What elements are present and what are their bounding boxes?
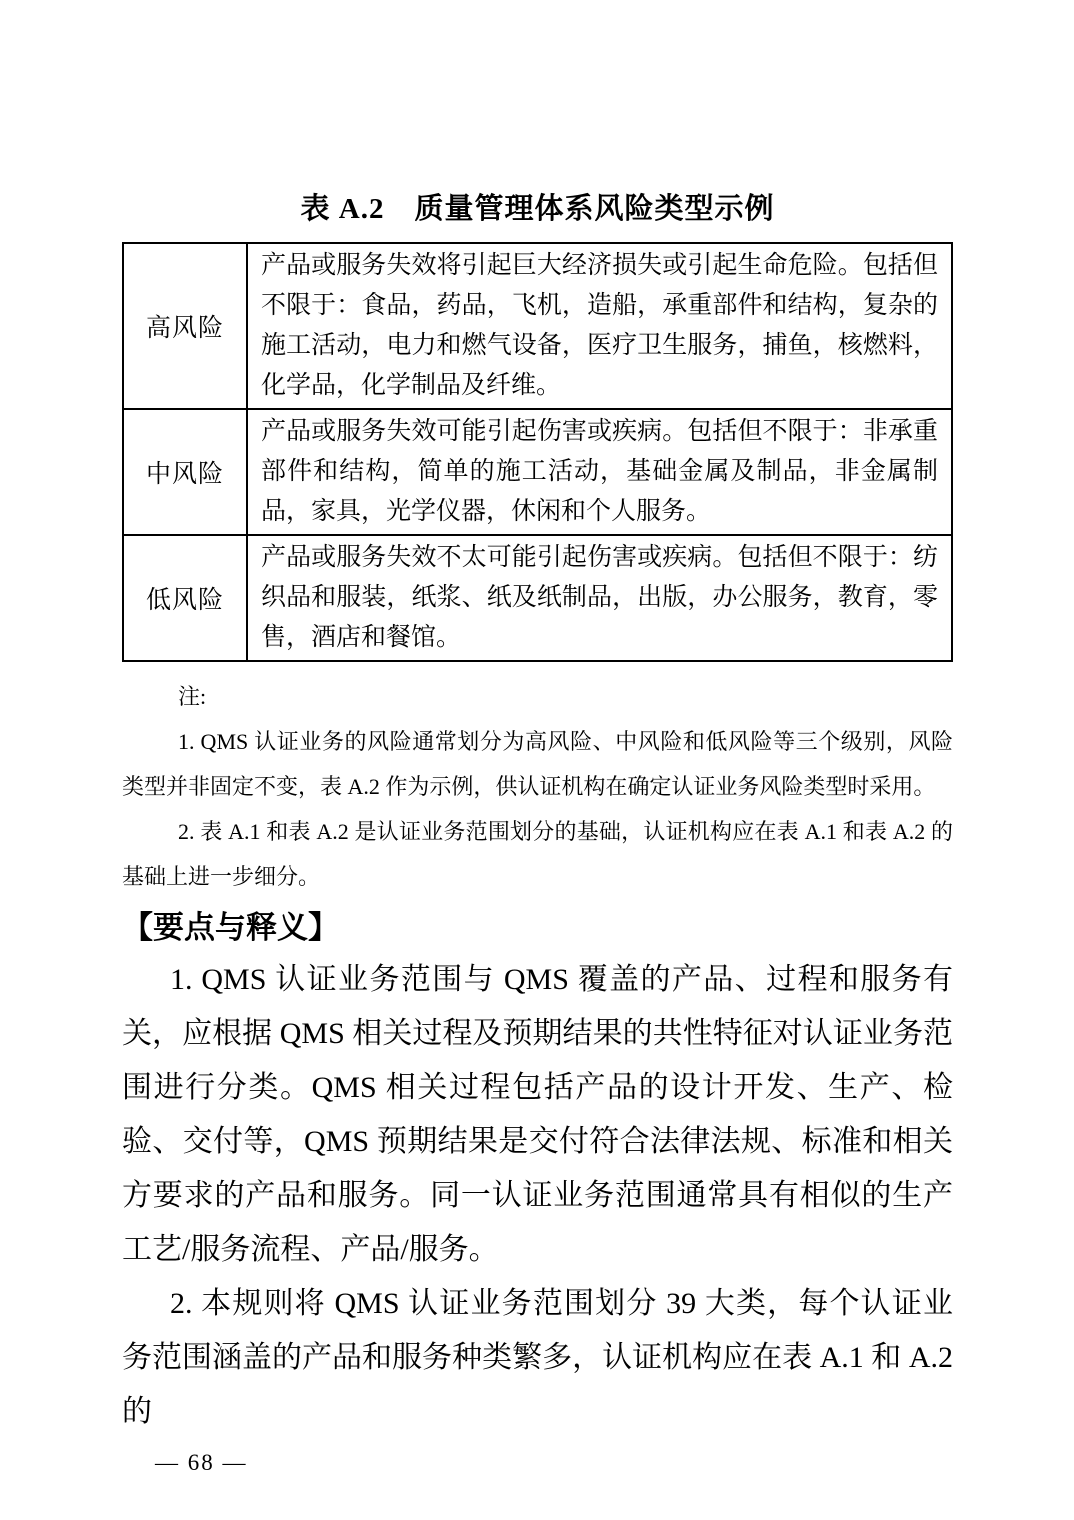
table-row-medium-risk: 中风险 产品或服务失效可能引起伤害或疾病。包括但不限于：非承重部件和结构，简单的…	[123, 409, 952, 535]
table-notes: 注: 1. QMS 认证业务的风险通常划分为高风险、中风险和低风险等三个级别，风…	[122, 674, 953, 899]
page-number: — 68 —	[122, 1447, 953, 1479]
table-row-high-risk: 高风险 产品或服务失效将引起巨大经济损失或引起生命危险。包括但不限于：食品，药品…	[123, 243, 952, 409]
body-paragraph: 1. QMS 认证业务范围与 QMS 覆盖的产品、过程和服务有关，应根据 QMS…	[122, 953, 953, 1277]
risk-level-cell: 中风险	[123, 409, 247, 535]
risk-type-table: 高风险 产品或服务失效将引起巨大经济损失或引起生命危险。包括但不限于：食品，药品…	[122, 242, 953, 662]
risk-level-cell: 低风险	[123, 535, 247, 661]
note-item: 1. QMS 认证业务的风险通常划分为高风险、中风险和低风险等三个级别，风险类型…	[122, 719, 953, 809]
risk-description-cell: 产品或服务失效将引起巨大经济损失或引起生命危险。包括但不限于：食品，药品，飞机，…	[247, 243, 952, 409]
document-page: 表 A.2 质量管理体系风险类型示例 高风险 产品或服务失效将引起巨大经济损失或…	[0, 0, 1074, 1520]
note-label: 注:	[122, 674, 953, 719]
note-item: 2. 表 A.1 和表 A.2 是认证业务范围划分的基础，认证机构应在表 A.1…	[122, 809, 953, 899]
page-title: 表 A.2 质量管理体系风险类型示例	[122, 0, 953, 228]
table-row-low-risk: 低风险 产品或服务失效不太可能引起伤害或疾病。包括但不限于：纺织品和服装，纸浆、…	[123, 535, 952, 661]
risk-description-cell: 产品或服务失效可能引起伤害或疾病。包括但不限于：非承重部件和结构，简单的施工活动…	[247, 409, 952, 535]
body-paragraph: 2. 本规则将 QMS 认证业务范围划分 39 大类，每个认证业务范围涵盖的产品…	[122, 1277, 953, 1439]
risk-level-cell: 高风险	[123, 243, 247, 409]
section-body: 1. QMS 认证业务范围与 QMS 覆盖的产品、过程和服务有关，应根据 QMS…	[122, 953, 953, 1439]
section-heading-key-points: 【要点与释义】	[122, 907, 953, 949]
risk-description-cell: 产品或服务失效不太可能引起伤害或疾病。包括但不限于：纺织品和服装，纸浆、纸及纸制…	[247, 535, 952, 661]
